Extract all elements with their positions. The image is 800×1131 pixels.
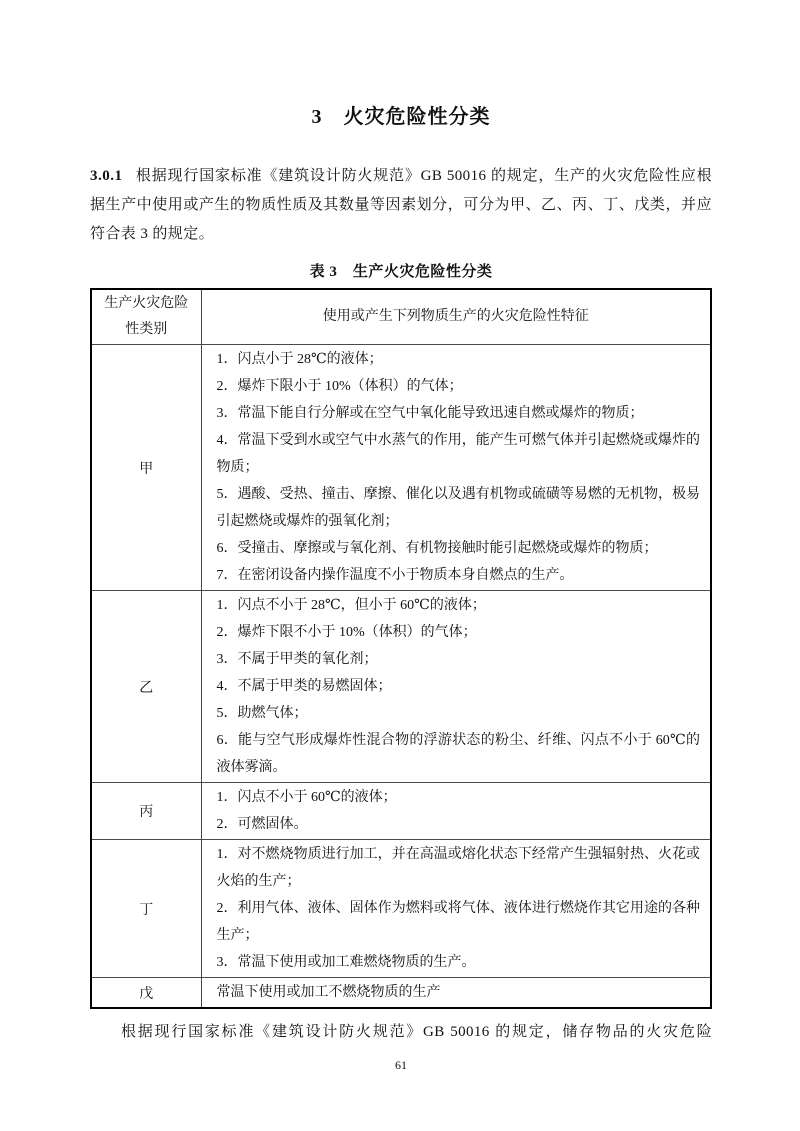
clause-3-0-1: 3.0.1根据现行国家标准《建筑设计防火规范》GB 50016 的规定，生产的火…	[90, 162, 712, 249]
hazard-item: 3．常温下能自行分解或在空气中氧化能导致迅速自燃或爆炸的物质；	[217, 400, 701, 427]
header-characteristics-column: 使用或产生下列物质生产的火灾危险性特征	[201, 289, 711, 345]
hazard-item: 2．利用气体、液体、固体作为燃料或将气体、液体进行燃烧作其它用途的各种生产；	[217, 895, 701, 949]
hazard-item: 4．常温下受到水或空气中水蒸气的作用，能产生可燃气体并引起燃烧或爆炸的物质；	[217, 427, 701, 481]
hazard-item: 2．可燃固体。	[217, 811, 701, 838]
hazard-item: 常温下使用或加工不燃烧物质的生产	[217, 979, 701, 1006]
hazard-item: 5．遇酸、受热、撞击、摩擦、催化以及遇有机物或硫磺等易燃的无机物，极易引起燃烧或…	[217, 481, 701, 535]
hazard-item: 1．对不燃烧物质进行加工，并在高温或熔化状态下经常产生强辐射热、火花或火焰的生产…	[217, 841, 701, 895]
hazard-item: 5．助燃气体；	[217, 700, 701, 727]
category-label: 丙	[91, 783, 201, 840]
category-label: 乙	[91, 591, 201, 783]
table-row-bing: 丙 1．闪点不小于 60℃的液体； 2．可燃固体。	[91, 783, 711, 840]
hazard-item: 6．受撞击、摩擦或与氧化剂、有机物接触时能引起燃烧或爆炸的物质；	[217, 535, 701, 562]
page-title: 3 火灾危险性分类	[90, 0, 712, 132]
table-row-ding: 丁 1．对不燃烧物质进行加工，并在高温或熔化状态下经常产生强辐射热、火花或火焰的…	[91, 840, 711, 978]
characteristics-cell: 1．闪点不小于 60℃的液体； 2．可燃固体。	[201, 783, 711, 840]
characteristics-cell: 1．对不燃烧物质进行加工，并在高温或熔化状态下经常产生强辐射热、火花或火焰的生产…	[201, 840, 711, 978]
hazard-item: 3．常温下使用或加工难燃烧物质的生产。	[217, 949, 701, 976]
table-row-yi: 乙 1．闪点不小于 28℃，但小于 60℃的液体； 2．爆炸下限不小于 10%（…	[91, 591, 711, 783]
page-number: 61	[90, 1057, 712, 1073]
category-label: 戊	[91, 978, 201, 1009]
characteristics-cell: 1．闪点小于 28℃的液体； 2．爆炸下限小于 10%（体积）的气体； 3．常温…	[201, 345, 711, 591]
header-category-column: 生产火灾危险性类别	[91, 289, 201, 345]
table-row-wu: 戊 常温下使用或加工不燃烧物质的生产	[91, 978, 711, 1009]
table-caption: 表 3 生产火灾危险性分类	[90, 260, 712, 281]
table-row-jia: 甲 1．闪点小于 28℃的液体； 2．爆炸下限小于 10%（体积）的气体； 3．…	[91, 345, 711, 591]
category-label: 甲	[91, 345, 201, 591]
characteristics-cell: 1．闪点不小于 28℃，但小于 60℃的液体； 2．爆炸下限不小于 10%（体积…	[201, 591, 711, 783]
hazard-item: 4．不属于甲类的易燃固体；	[217, 673, 701, 700]
document-page: 3 火灾危险性分类 3.0.1根据现行国家标准《建筑设计防火规范》GB 5001…	[0, 0, 800, 1131]
hazard-item: 1．闪点不小于 28℃，但小于 60℃的液体；	[217, 592, 701, 619]
continuation-paragraph: 根据现行国家标准《建筑设计防火规范》GB 50016 的规定，储存物品的火灾危险	[90, 1018, 712, 1047]
clause-text: 根据现行国家标准《建筑设计防火规范》GB 50016 的规定，生产的火灾危险性应…	[90, 168, 712, 242]
fire-hazard-classification-table: 生产火灾危险性类别 使用或产生下列物质生产的火灾危险性特征 甲 1．闪点小于 2…	[90, 288, 712, 1009]
characteristics-cell: 常温下使用或加工不燃烧物质的生产	[201, 978, 711, 1009]
clause-number: 3.0.1	[90, 168, 123, 184]
hazard-item: 3．不属于甲类的氧化剂；	[217, 646, 701, 673]
category-label: 丁	[91, 840, 201, 978]
hazard-item: 2．爆炸下限不小于 10%（体积）的气体；	[217, 619, 701, 646]
table-header-row: 生产火灾危险性类别 使用或产生下列物质生产的火灾危险性特征	[91, 289, 711, 345]
hazard-item: 1．闪点小于 28℃的液体；	[217, 346, 701, 373]
hazard-item: 7．在密闭设备内操作温度不小于物质本身自燃点的生产。	[217, 562, 701, 589]
hazard-item: 2．爆炸下限小于 10%（体积）的气体；	[217, 373, 701, 400]
hazard-item: 6．能与空气形成爆炸性混合物的浮游状态的粉尘、纤维、闪点不小于 60℃的液体雾滴…	[217, 727, 701, 781]
hazard-item: 1．闪点不小于 60℃的液体；	[217, 784, 701, 811]
